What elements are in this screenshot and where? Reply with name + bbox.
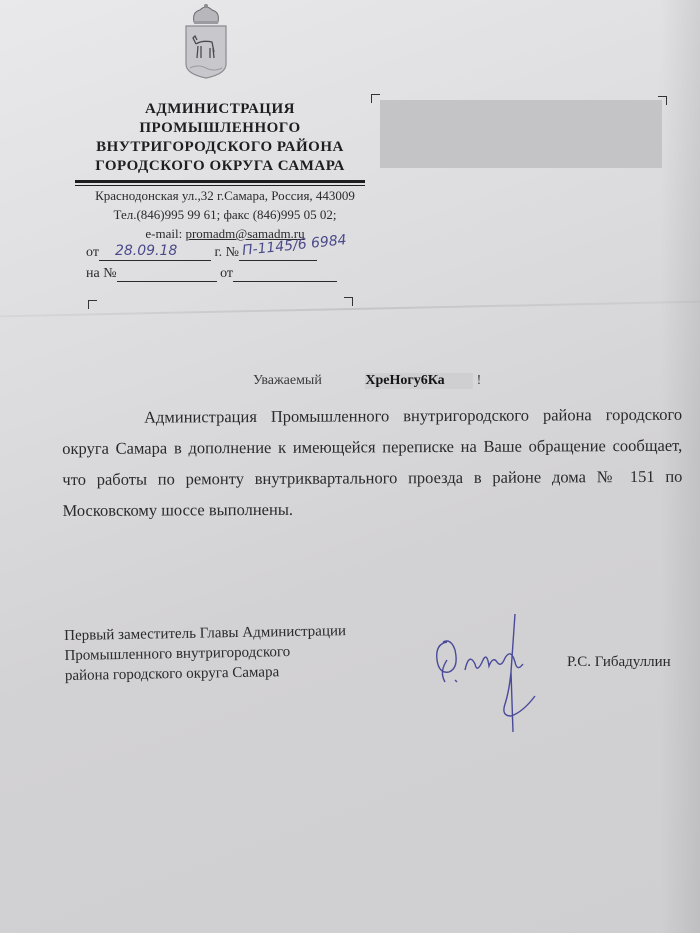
salutation: Уважаемый — [253, 373, 322, 388]
org-name-line: ПРОМЫШЛЕННОГО — [60, 119, 380, 138]
org-name-line: ВНУТРИГОРОДСКОГО РАЙОНА — [60, 138, 380, 157]
address-corner-mark — [344, 297, 353, 306]
redacted-recipient-block — [380, 100, 662, 168]
reply-from-label: от — [220, 266, 233, 281]
position-line: района городского округа Самара — [65, 661, 347, 686]
org-name-line: ГОРОДСКОГО ОКРУГА САМАРА — [60, 157, 380, 176]
organization-name: АДМИНИСТРАЦИЯ ПРОМЫШЛЕННОГО ВНУТРИГОРОДС… — [60, 100, 380, 176]
recipient-name: ХреНогу6Ка — [365, 373, 472, 389]
date-value: 28.09.18 — [115, 243, 177, 259]
from-label: от — [86, 245, 99, 260]
header-divider-thick — [75, 180, 365, 183]
letter-body: Администрация Промышленного внутригородс… — [62, 399, 683, 526]
date-field: 28.09.18 — [99, 244, 211, 261]
body-paragraph: Администрация Промышленного внутригородс… — [62, 399, 683, 526]
signer-position: Первый заместитель Главы Администрации П… — [64, 621, 347, 686]
handwritten-signature-icon — [425, 612, 565, 737]
signer-name: Р.С. Гибадуллин — [567, 654, 671, 671]
email-label: e-mail: — [145, 226, 185, 241]
phone-fax: Тел.(846)995 99 61; факс (846)995 05 02; — [60, 205, 390, 224]
number-field: П-1145/6 6984 — [239, 244, 317, 261]
address-corner-mark — [88, 300, 97, 309]
year-suffix: г. — [214, 245, 222, 260]
org-name-line: АДМИНИСТРАЦИЯ — [60, 100, 380, 119]
reply-number-field — [117, 265, 217, 282]
number-label: № — [226, 245, 239, 260]
outgoing-reference: от28.09.18 г. №П-1145/6 6984 — [86, 244, 317, 261]
greeting: Уважаемый ХреНогу6Ка! — [253, 373, 481, 389]
reply-number-label: на № — [86, 266, 117, 281]
address: Краснодонская ул.,32 г.Самара, Россия, 4… — [60, 186, 390, 205]
samara-coat-of-arms-icon — [182, 2, 230, 80]
incoming-reference: на № от — [86, 265, 337, 282]
exclamation: ! — [477, 373, 482, 388]
reply-date-field — [233, 265, 337, 282]
recipient-corner-mark — [371, 94, 380, 103]
